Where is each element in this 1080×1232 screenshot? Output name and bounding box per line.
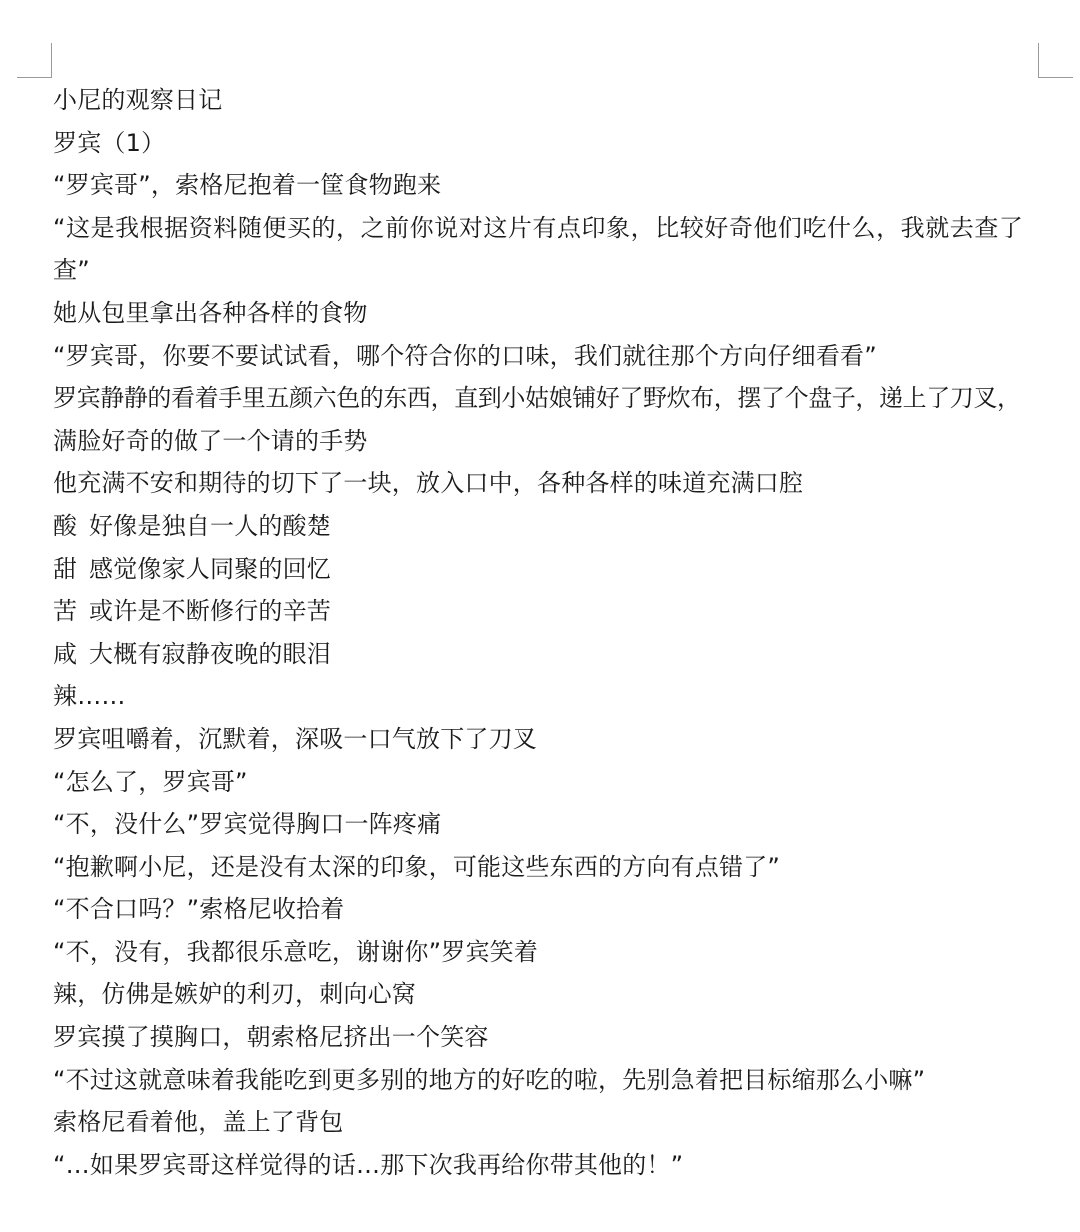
taste-line: 酸好像是独自一人的酸楚 xyxy=(53,505,1048,548)
paragraph: 满脸好奇的做了一个请的手势 xyxy=(53,420,1048,463)
paragraph: 查” xyxy=(53,249,1048,292)
taste-label: 苦 xyxy=(53,590,89,633)
paragraph: 他充满不安和期待的切下了一块，放入口中，各种各样的味道充满口腔 xyxy=(53,462,1048,505)
paragraph: “不，没有，我都很乐意吃，谢谢你”罗宾笑着 xyxy=(53,931,1048,974)
paragraph: 辣，仿佛是嫉妒的利刃，刺向心窝 xyxy=(53,973,1048,1016)
paragraph: “不，没什么”罗宾觉得胸口一阵疼痛 xyxy=(53,803,1048,846)
paragraph: “…如果罗宾哥这样觉得的话…那下次我再给你带其他的！” xyxy=(53,1144,1048,1187)
paragraph: “抱歉啊小尼，还是没有太深的印象，可能这些东西的方向有点错了” xyxy=(53,846,1048,889)
paragraph: 索格尼看着他，盖上了背包 xyxy=(53,1101,1048,1144)
paragraph: “罗宾哥”，索格尼抱着一筐食物跑来 xyxy=(53,164,1048,207)
paragraph: 罗宾静静的看着手里五颜六色的东西，直到小姑娘铺好了野炊布，摆了个盘子，递上了刀叉… xyxy=(53,377,1048,420)
taste-line: 苦或许是不断修行的辛苦 xyxy=(53,590,1048,633)
taste-line: 甜感觉像家人同聚的回忆 xyxy=(53,548,1048,591)
document-body[interactable]: 小尼的观察日记 罗宾（1） “罗宾哥”，索格尼抱着一筐食物跑来 “这是我根据资料… xyxy=(53,79,1048,1186)
margin-corner-mark-right xyxy=(1038,43,1073,78)
document-title: 小尼的观察日记 xyxy=(53,79,1048,122)
chapter-heading: 罗宾（1） xyxy=(53,122,1048,165)
paragraph: 她从包里拿出各种各样的食物 xyxy=(53,292,1048,335)
taste-line-spicy: 辣…… xyxy=(53,675,1048,718)
paragraph: 罗宾咀嚼着，沉默着，深吸一口气放下了刀叉 xyxy=(53,718,1048,761)
document-page: 小尼的观察日记 罗宾（1） “罗宾哥”，索格尼抱着一筐食物跑来 “这是我根据资料… xyxy=(0,0,1080,1232)
paragraph: “罗宾哥，你要不要试试看，哪个符合你的口味，我们就往那个方向仔细看看” xyxy=(53,335,1048,378)
taste-label: 咸 xyxy=(53,633,89,676)
taste-label: 甜 xyxy=(53,548,89,591)
taste-description: 或许是不断修行的辛苦 xyxy=(89,597,331,625)
taste-description: 好像是独自一人的酸楚 xyxy=(89,512,331,540)
paragraph: “不合口吗？”索格尼收拾着 xyxy=(53,888,1048,931)
paragraph: “这是我根据资料随便买的，之前你说对这片有点印象，比较好奇他们吃什么，我就去查了 xyxy=(53,207,1048,250)
paragraph: 罗宾摸了摸胸口，朝索格尼挤出一个笑容 xyxy=(53,1016,1048,1059)
taste-description: 感觉像家人同聚的回忆 xyxy=(89,555,331,583)
taste-label: 酸 xyxy=(53,505,89,548)
margin-corner-mark-left xyxy=(17,43,52,78)
taste-description: 大概有寂静夜晚的眼泪 xyxy=(89,640,331,668)
paragraph: “怎么了，罗宾哥” xyxy=(53,761,1048,804)
paragraph: “不过这就意味着我能吃到更多别的地方的好吃的啦，先别急着把目标缩那么小嘛” xyxy=(53,1059,1048,1102)
taste-line: 咸大概有寂静夜晚的眼泪 xyxy=(53,633,1048,676)
